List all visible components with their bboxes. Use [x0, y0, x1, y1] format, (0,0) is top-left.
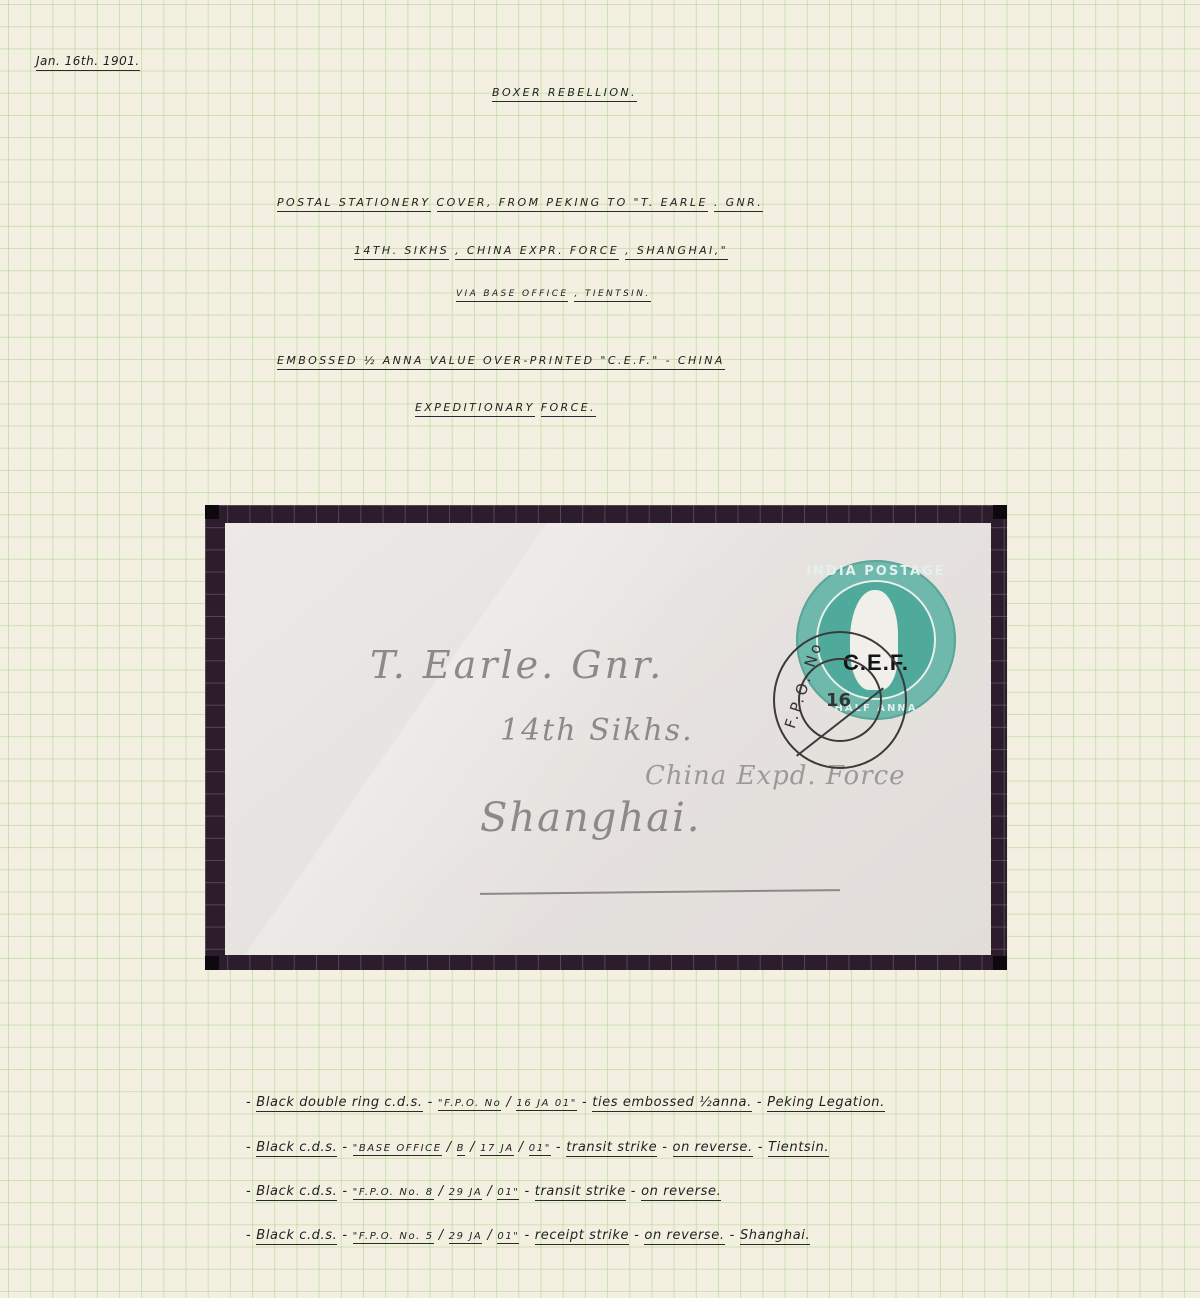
note-segment: "F.P.O. No. 8 [353, 1187, 434, 1200]
note-line: -Black c.d.s.-"F.P.O. No. 8/29 JA/01"-tr… [241, 1184, 721, 1201]
note-segment: on reverse. [673, 1140, 753, 1157]
note-segment: 29 JA [449, 1231, 483, 1244]
note-segment: Black c.d.s. [256, 1140, 337, 1157]
description-line-4: EMBOSSED ½ ANNA VALUE OVER-PRINTED "C.E.… [277, 354, 725, 370]
note-segment: receipt strike [535, 1228, 629, 1245]
description-segment: POSTAL STATIONERY [277, 196, 431, 212]
note-segment: 01" [497, 1187, 519, 1200]
description-segment: VIA BASE OFFICE [456, 289, 568, 302]
note-segment: 01" [529, 1143, 551, 1156]
note-line: -Black c.d.s.-"BASE OFFICE/B/17 JA/01"-t… [241, 1140, 829, 1157]
note-segment: 01" [497, 1231, 519, 1244]
mount-corner [205, 505, 219, 519]
postmark-double-ring: 16 F.P.O. No [773, 631, 907, 769]
note-segment: "F.P.O. No. 5 [353, 1231, 434, 1244]
mount-corner [993, 505, 1007, 519]
address-line-4: Shanghai. [480, 795, 702, 841]
note-line: -Black double ring c.d.s.-"F.P.O. No/16 … [241, 1095, 885, 1112]
note-segment: 17 JA [480, 1143, 514, 1156]
note-segment: on reverse. [644, 1228, 724, 1245]
note-segment: Tientsin. [768, 1140, 829, 1157]
mount-corner [205, 956, 219, 970]
description-segment: FORCE. [541, 401, 596, 417]
mount-corner [993, 956, 1007, 970]
address-line-1: T. Earle. Gnr. [370, 643, 664, 687]
address-line-3: China Expd. Force [645, 761, 906, 791]
note-segment: Shanghai. [740, 1228, 810, 1245]
description-segment: EXPEDITIONARY [415, 401, 535, 417]
description-segment: , SHANGHAI," [625, 244, 728, 260]
postmark-date: 16 [826, 690, 851, 711]
note-segment: on reverse. [641, 1184, 721, 1201]
description-line-3: VIA BASE OFFICE, TIENTSIN. [456, 289, 651, 302]
note-segment: transit strike [566, 1140, 657, 1157]
note-segment: 29 JA [449, 1187, 483, 1200]
note-segment: Black double ring c.d.s. [256, 1095, 422, 1112]
description-segment: , CHINA EXPR. FORCE [455, 244, 619, 260]
note-segment: Black c.d.s. [256, 1184, 337, 1201]
note-line: -Black c.d.s.-"F.P.O. No. 5/29 JA/01"-re… [241, 1228, 810, 1245]
note-segment: Peking Legation. [767, 1095, 885, 1112]
note-segment: "BASE OFFICE [353, 1143, 442, 1156]
note-segment: Black c.d.s. [256, 1228, 337, 1245]
page-date: Jan. 16th. 1901. [36, 54, 140, 71]
note-segment: transit strike [535, 1184, 626, 1201]
page-title: BOXER REBELLION. [492, 86, 637, 102]
note-segment: B [457, 1143, 465, 1156]
stamp-top-legend: INDIA POSTAGE [796, 564, 956, 579]
postal-stationery-cover: T. Earle. Gnr. 14th Sikhs. China Expd. F… [225, 523, 991, 955]
description-segment: COVER, FROM PEKING TO "T. EARLE [437, 196, 708, 212]
note-segment: 16 JA 01" [516, 1098, 577, 1111]
description-line-5: EXPEDITIONARYFORCE. [415, 401, 596, 417]
description-segment: 14TH. SIKHS [354, 244, 449, 260]
description-segment: EMBOSSED ½ ANNA VALUE OVER-PRINTED "C.E.… [277, 354, 725, 370]
address-line-2: 14th Sikhs. [500, 713, 694, 748]
note-segment: "F.P.O. No [438, 1098, 502, 1111]
note-segment: ties embossed ½anna. [592, 1095, 752, 1112]
description-line-2: 14TH. SIKHS, CHINA EXPR. FORCE, SHANGHAI… [354, 244, 728, 260]
description-segment: . GNR. [714, 196, 763, 212]
description-line-1: POSTAL STATIONERYCOVER, FROM PEKING TO "… [277, 196, 763, 212]
description-segment: , TIENTSIN. [574, 289, 650, 302]
cover-mount-frame: T. Earle. Gnr. 14th Sikhs. China Expd. F… [205, 505, 1007, 970]
